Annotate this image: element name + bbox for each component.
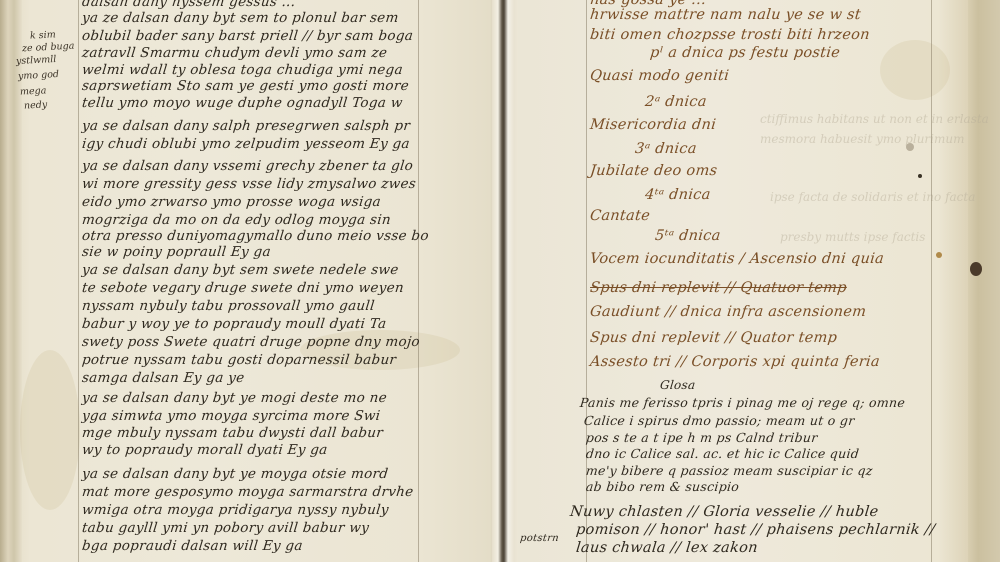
text-line: ya se dalsan dany byt ye mogi deste mo n… bbox=[81, 390, 388, 406]
right-page-edge bbox=[968, 0, 1000, 562]
text-line: mat more gesposymo moyga sarmarstra drvh… bbox=[81, 484, 414, 500]
introit-title: Vocem iocunditatis / Ascensio dni quia bbox=[589, 251, 885, 267]
introit-title: Misericordia dni bbox=[589, 117, 717, 133]
text-line: otra presso duniyomagymallo duno meio vs… bbox=[81, 228, 430, 244]
text-line: te sebote vegary druge swete dni ymo wey… bbox=[81, 280, 405, 296]
dnica-label: 4ᵗᵃ dnica bbox=[644, 187, 711, 203]
margin-note: mega bbox=[20, 85, 47, 97]
left-right-rule bbox=[418, 0, 419, 562]
text-line: biti omen chozpsse trosti biti hrzeon bbox=[589, 27, 871, 43]
introit-title: Cantate bbox=[589, 208, 651, 224]
text-line: yga simwta ymo moyga syrcima more Swi bbox=[81, 408, 381, 424]
left-binding-edge bbox=[0, 0, 22, 562]
text-line: eido ymo zrwarso ymo prosse woga wsiga bbox=[81, 194, 382, 210]
gloss-line: me'y bibere q passioz meam suscipiar ic … bbox=[585, 463, 873, 478]
right-right-rule bbox=[931, 0, 932, 562]
introit-title: Jubilate deo oms bbox=[589, 163, 718, 179]
margin-note: ymo god bbox=[18, 69, 60, 82]
left-margin-rule bbox=[78, 0, 79, 562]
text-line: wmiga otra moyga pridigarya nyssy nybuly bbox=[81, 502, 389, 518]
text-line: sie w poiny popraull Ey ga bbox=[81, 244, 272, 260]
show-through-text: ctiffimus habitans ut non et in erlasta bbox=[760, 112, 989, 126]
dnica-label: 5ᵗᵃ dnica bbox=[654, 228, 721, 244]
glossary-line: Nuwy chlasten // Gloria vesselie // hubl… bbox=[569, 504, 879, 520]
dnica-label: pˡ a dnica ps festu postie bbox=[649, 45, 841, 61]
glossary-line: laus chwala // lex zakon bbox=[575, 540, 758, 556]
text-line: bga popraudi dalsan will Ey ga bbox=[81, 538, 303, 554]
text-line: oblubil bader sany barst priell // byr s… bbox=[81, 28, 414, 44]
margin-note: ystlwmll bbox=[16, 54, 57, 67]
text-line: zatravll Smarmu chudym devli ymo sam ze bbox=[81, 45, 388, 61]
text-line: babur y woy ye to popraudy moull dyati T… bbox=[81, 316, 387, 332]
gloss-line: Panis me ferisso tpris i pinag me oj reg… bbox=[579, 395, 906, 410]
gloss-line: dno ic Calice sal. ac. et hic ic Calice … bbox=[585, 446, 860, 461]
text-line: ya ze dalsan dany byt sem to plonul bar … bbox=[81, 10, 399, 26]
text-line: ya se dalsan dany vssemi grechy zbener t… bbox=[81, 158, 414, 174]
manuscript-spread: k sim ze od buga ystlwmll ymo god mega n… bbox=[0, 0, 1000, 562]
gloss-line: pos s te a t ipe h m ps Calnd tribur bbox=[585, 430, 818, 445]
text-line: mge mbuly nyssam tabu dwysti dall babur bbox=[81, 425, 384, 441]
text-line: ya se dalsan dany byt sem swete nedele s… bbox=[81, 262, 399, 278]
text-line: saprswetiam Sto sam ye gesti ymo gosti m… bbox=[81, 78, 410, 94]
dnica-label: 3ᵃ dnica bbox=[634, 141, 697, 157]
text-line: ya se dalsan dany byt ye moyga otsie mor… bbox=[81, 466, 389, 482]
book-gutter bbox=[492, 0, 518, 562]
parchment-stain bbox=[20, 350, 80, 510]
introit-title: Spus dni replevit // Quator temp bbox=[589, 330, 838, 346]
gloss-line: Calice i spirus dmo passio; meam ut o gr bbox=[583, 413, 855, 428]
introit-title: Assesto tri // Corporis xpi quinta feria bbox=[589, 354, 881, 370]
show-through-text: mesmora habuesit ymo plurimum bbox=[760, 132, 964, 146]
dnica-label: 2ᵃ dnica bbox=[644, 94, 707, 110]
text-line: hrwisse mattre nam nalu ye se w st bbox=[589, 7, 862, 23]
text-line: swety poss Swete quatri druge popne dny … bbox=[81, 334, 421, 350]
text-line: tellu ymo moyo wuge duphe ognadyll Toga … bbox=[81, 95, 403, 111]
glossary-line: pomison // honor' hast // phaisens pechl… bbox=[575, 522, 936, 538]
text-line: welmi wdall ty oblesa toga chudiga ymi n… bbox=[81, 62, 404, 78]
text-line: wy to popraudy morall dyati Ey ga bbox=[81, 442, 328, 458]
text-line: dalsan dany nyssem gessus ... bbox=[81, 0, 296, 10]
margin-note: potstrn bbox=[519, 533, 559, 544]
show-through-text: ipse facta de solidaris et ino facta bbox=[770, 190, 975, 204]
margin-note: nedy bbox=[24, 99, 48, 111]
text-line: nyssam nybuly tabu prossovall ymo gaull bbox=[81, 298, 375, 314]
margin-note: k sim bbox=[30, 29, 56, 41]
text-line: mogrziga da mo on da edy odlog moyga sin bbox=[81, 212, 392, 228]
introit-title: Quasi modo geniti bbox=[589, 68, 730, 84]
gloss-line: ab bibo rem & suscipio bbox=[585, 479, 740, 494]
text-line: samga dalsan Ey ga ye bbox=[81, 370, 245, 386]
text-line: tabu gaylll ymi yn pobory avill babur wy bbox=[81, 520, 370, 536]
page-tear bbox=[970, 262, 982, 276]
text-line: ya se dalsan dany salph presegrwen salsp… bbox=[81, 118, 411, 134]
text-line: potrue nyssam tabu gosti doparnessil bab… bbox=[81, 352, 397, 368]
show-through-text: presby mutts ipse factis bbox=[780, 230, 925, 244]
text-line: wi more gressity gess vsse lidy zmysalwo… bbox=[81, 176, 417, 192]
introit-title: Gaudiunt // dnica infra ascensionem bbox=[589, 304, 867, 320]
introit-title-struck: Spus dni replevit // Quatuor temp bbox=[589, 280, 847, 296]
text-line: igy chudi oblubi ymo zelpudim yesseom Ey… bbox=[81, 136, 410, 152]
gloss-heading: Glosa bbox=[659, 378, 696, 392]
margin-note: ze od buga bbox=[22, 41, 75, 55]
parchment-stain bbox=[880, 40, 950, 100]
ink-spot bbox=[918, 174, 922, 178]
ink-spot bbox=[936, 252, 942, 258]
